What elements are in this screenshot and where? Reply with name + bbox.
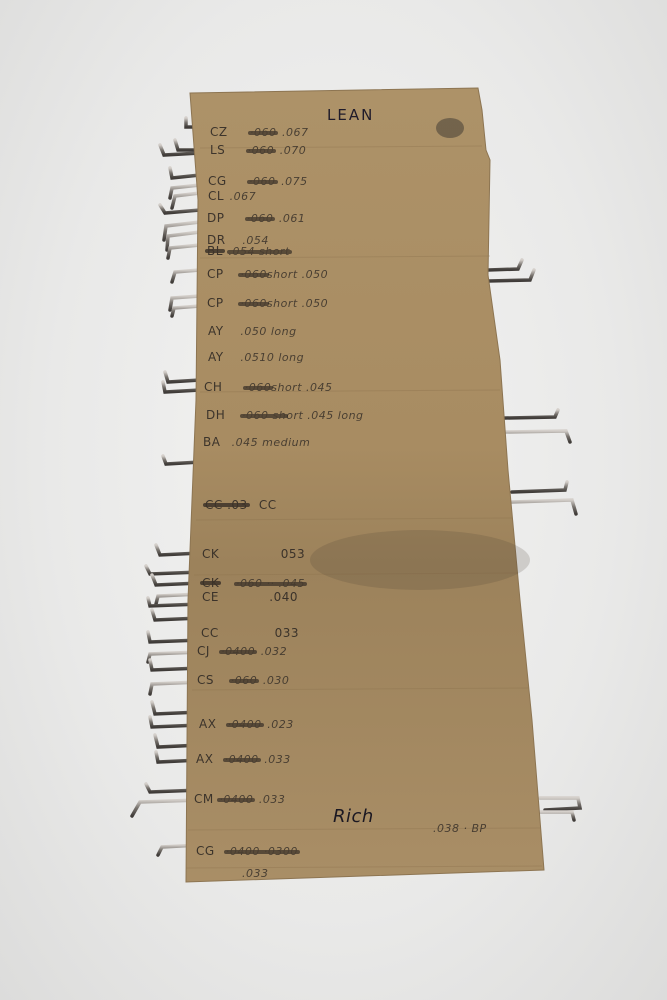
entry-row: CL .067 (208, 185, 256, 204)
entry-row: CP ·060short .050 (207, 263, 328, 282)
entry-row: CE .040 (202, 586, 298, 605)
lean-label: LEAN (327, 106, 374, 124)
entry-row: AY .0510 long (208, 346, 304, 365)
entry-row: BL .054 short (207, 240, 290, 259)
entry-row: CC 033 (201, 622, 299, 641)
entry-row: BA .045 medium (203, 431, 310, 450)
rich-label: Rich (333, 806, 374, 827)
entry-row: CH ·060short .045 (204, 376, 333, 395)
entry-row: CZ ·060 .067 (210, 121, 309, 140)
entry-row: AY .050 long (208, 320, 297, 339)
entry-row: CJ ·0400 .032 (197, 640, 287, 659)
entry-row: AX ·0400 .033 (196, 748, 291, 767)
entry-row: DP ·060 .061 (207, 207, 305, 226)
entry-row: CP ·060short .050 (207, 292, 328, 311)
cardboard-and-rods-illustration (0, 0, 667, 1000)
entry-row: CC .03 CC (205, 494, 277, 513)
entry-row: AX ·0400 .023 (199, 713, 294, 732)
entry-row: CG ·0400 ·0300 (196, 840, 298, 859)
entry-row: DH ·060 short .045 long (206, 404, 364, 423)
entry-row: CM ·0400 .033 (194, 788, 285, 807)
entry-row: LS ·060 .070 (210, 139, 306, 158)
photo-scene: LEAN Rich .038 · BP CZ ·060 .067 LS ·060… (0, 0, 667, 1000)
side-note: .038 · BP (433, 822, 487, 835)
entry-row: CS ·060 .030 (197, 669, 289, 688)
entry-row-value: .033 (242, 862, 269, 881)
entry-row: CK 053 (202, 543, 305, 562)
